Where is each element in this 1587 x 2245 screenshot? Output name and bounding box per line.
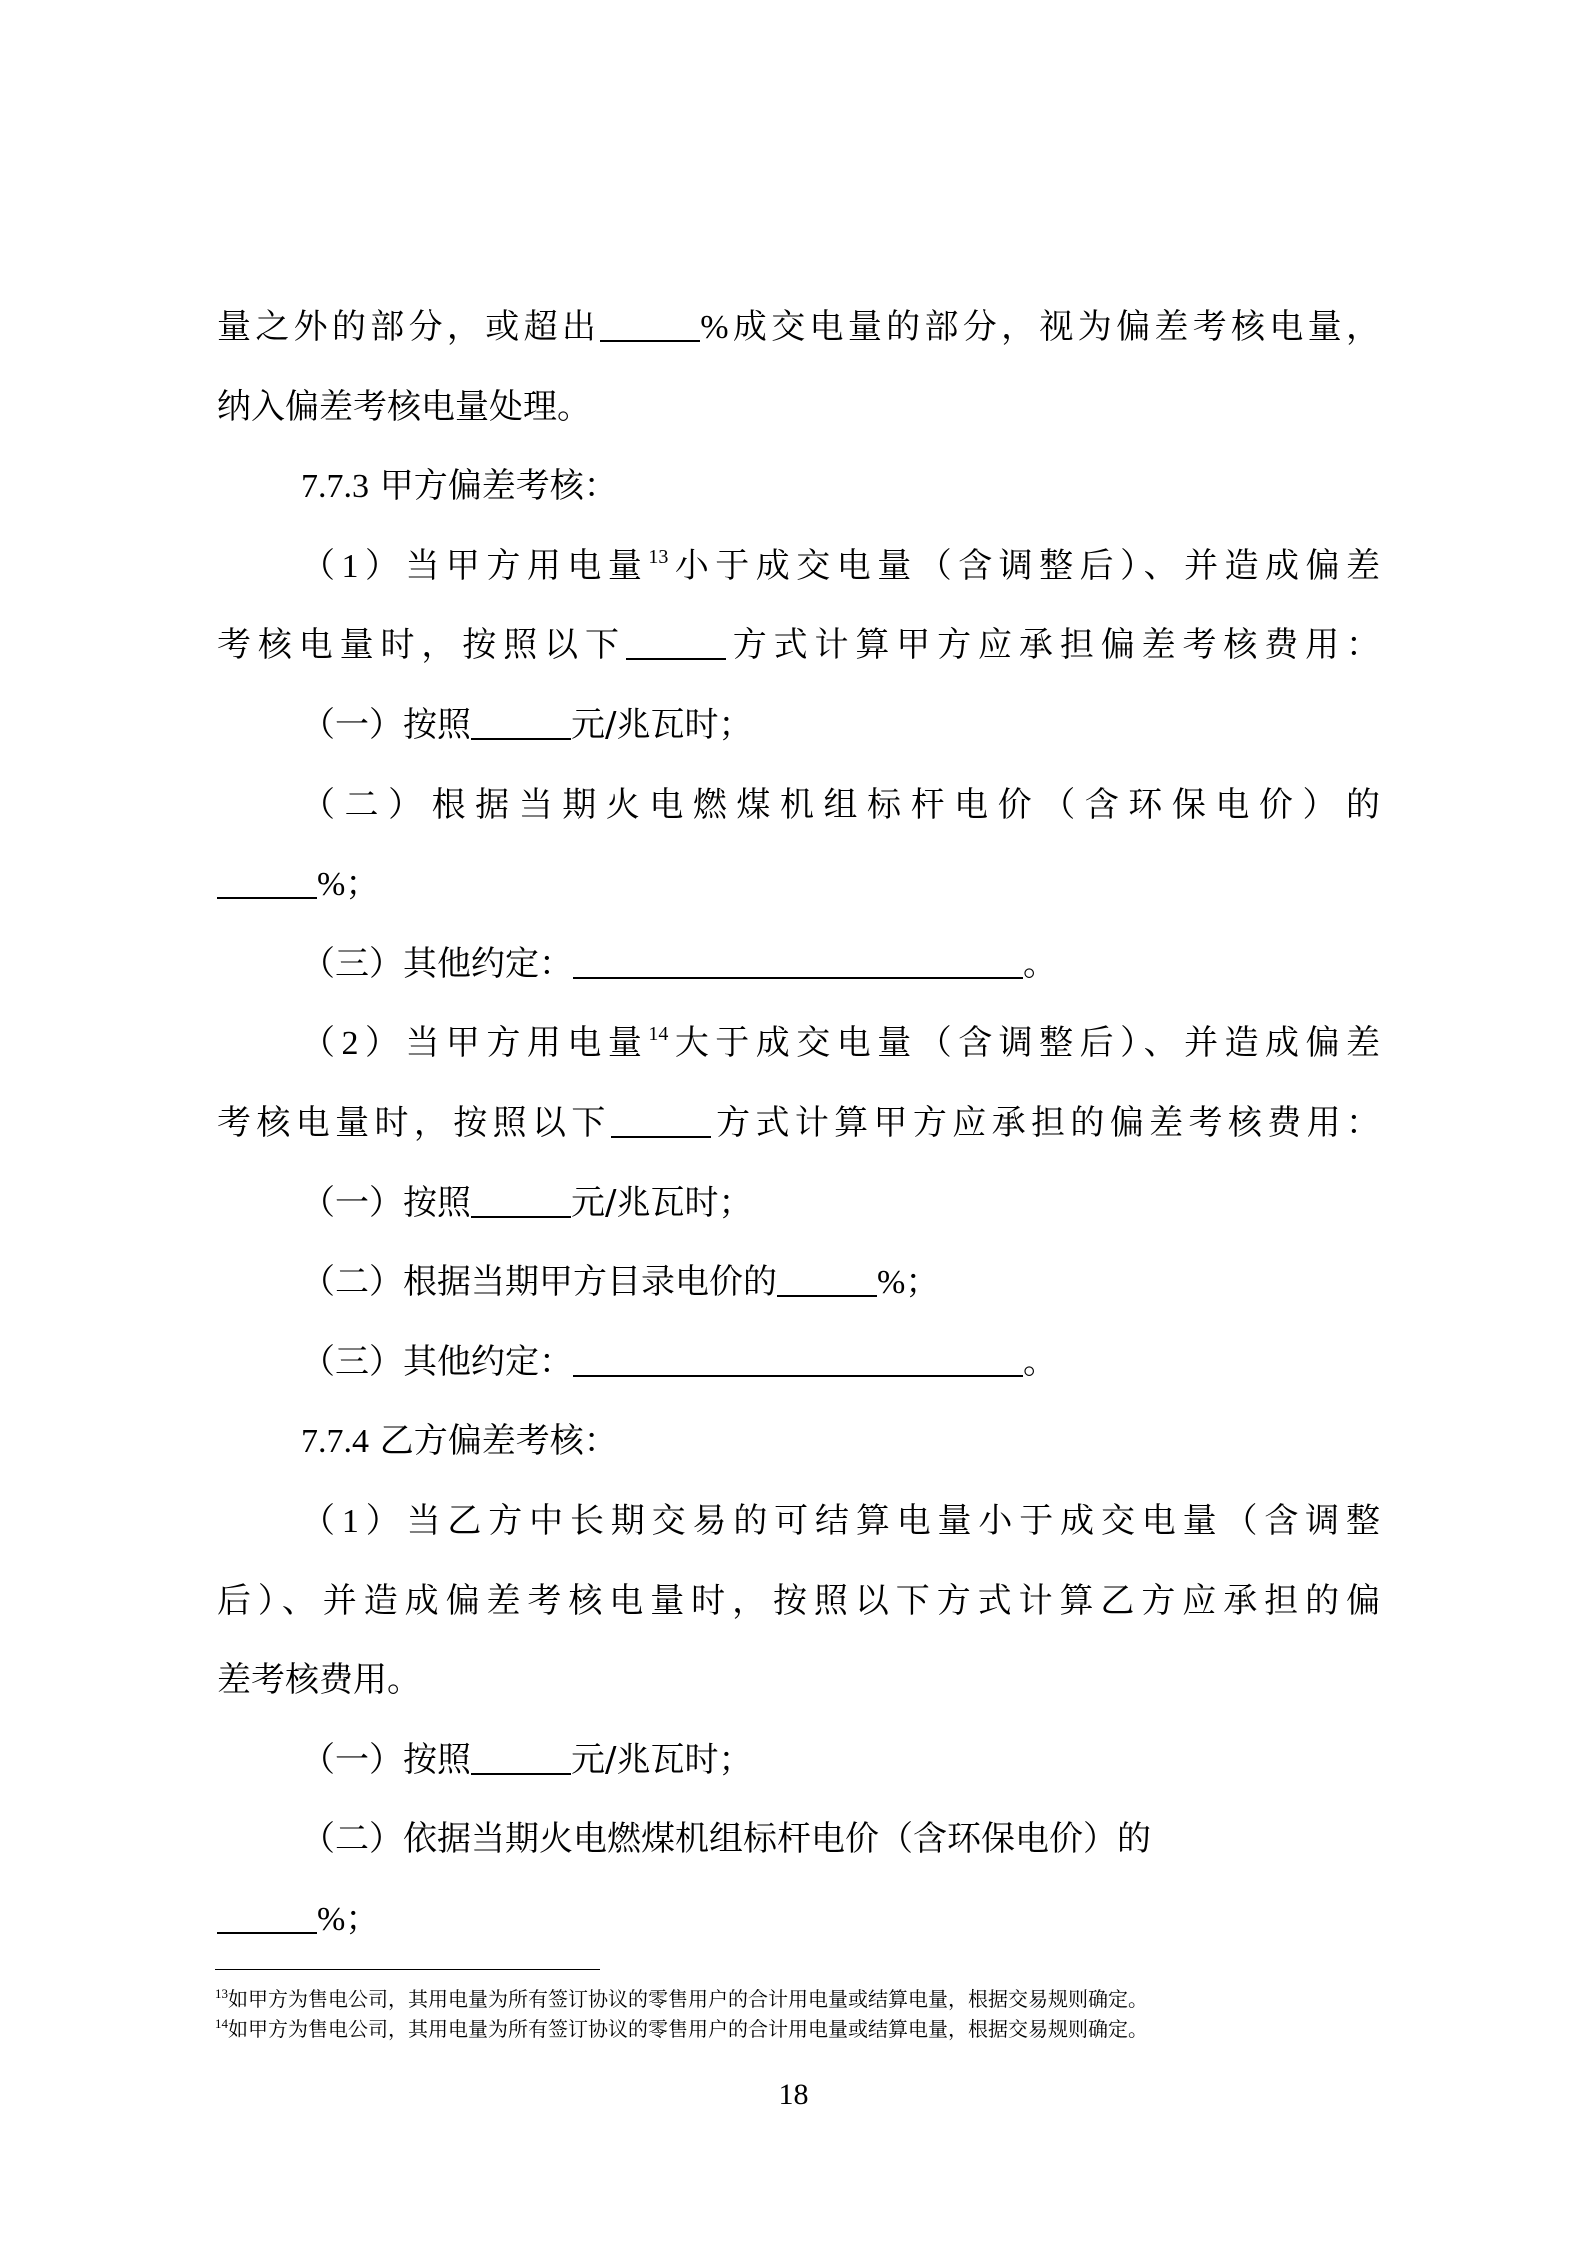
text-segment: 当乙方中长期交易的可结算电量小于成交电量（含调整 <box>407 1501 1380 1541</box>
body-line: 量之外的部分，或超出%成交电量的部分，视为偏差考核电量， <box>217 288 1380 368</box>
footnote-separator <box>215 1969 600 1970</box>
text-segment: 当甲方用电量 <box>405 1023 648 1063</box>
text-segment: 后）、并造成偏差考核电量时，按照以下方式计算乙方应承担的偏 <box>217 1581 1380 1621</box>
text-segment: 元/兆瓦时； <box>571 1740 752 1780</box>
item-number: 1 <box>342 1503 359 1540</box>
text-segment: （一）按照 <box>301 705 471 745</box>
body-line: 考核电量时，按照以下方式计算甲方应承担的偏差考核费用： <box>217 1084 1380 1164</box>
fill-in-blank-percent <box>600 339 700 342</box>
footnote-text: 如甲方为售电公司，其用电量为所有签订协议的零售用户的合计用电量或结算电量，根据交… <box>228 2017 1148 2041</box>
text-segment: 差考核费用。 <box>217 1660 421 1700</box>
footnote-13: 13如甲方为售电公司，其用电量为所有签订协议的零售用户的合计用电量或结算电量，根… <box>215 1984 1375 2014</box>
item-number: 2 <box>341 1025 358 1062</box>
text-segment: （一）按照 <box>301 1183 471 1223</box>
footnote-ref-14[interactable]: 14 <box>648 1023 668 1045</box>
text-segment: 。 <box>1023 1342 1057 1382</box>
text-segment: （三）其他约定： <box>301 1342 573 1382</box>
text-segment: 大于成交电量（含调整后）、并造成偏差 <box>668 1023 1380 1063</box>
footnote-text: 如甲方为售电公司，其用电量为所有签订协议的零售用户的合计用电量或结算电量，根据交… <box>228 1987 1148 2011</box>
document-body: 量之外的部分，或超出%成交电量的部分，视为偏差考核电量， 纳入偏差考核电量处理。… <box>217 288 1380 1959</box>
paren-open: （ <box>301 1023 341 1063</box>
percent-sign: % <box>700 309 728 346</box>
fill-in-blank-percent <box>217 896 317 899</box>
section-number: 7.7.3 <box>301 468 369 505</box>
body-line: 考核电量时，按照以下方式计算甲方应承担偏差考核费用： <box>217 606 1380 686</box>
fill-in-blank-other <box>573 976 1023 979</box>
page-number: 18 <box>0 2078 1587 2112</box>
text-segment: 当甲方用电量 <box>405 546 648 586</box>
body-line: （一）按照元/兆瓦时； <box>217 1164 1380 1244</box>
body-line: （三）其他约定：。 <box>217 925 1380 1005</box>
section-heading-7-7-4: 7.7.4 乙方偏差考核： <box>217 1402 1380 1482</box>
footnote-mark: 14 <box>215 2016 228 2031</box>
text-segment: （二）根据当期火电燃煤机组标杆电价（含环保电价）的 <box>301 785 1380 825</box>
body-line: （二）根据当期甲方目录电价的%； <box>217 1243 1380 1323</box>
text-segment: （一）按照 <box>301 1740 471 1780</box>
footnote-mark: 13 <box>215 1986 228 2001</box>
body-line: （二）依据当期火电燃煤机组标杆电价（含环保电价）的 <box>217 1800 1380 1880</box>
section-number: 7.7.4 <box>301 1423 369 1460</box>
text-segment: %； <box>317 1901 379 1938</box>
text-segment: 量之外的部分，或超出 <box>217 307 600 347</box>
text-segment: 考核电量时，按照以下 <box>217 625 626 665</box>
fill-in-blank-other <box>573 1374 1023 1377</box>
body-line: （2）当甲方用电量14大于成交电量（含调整后）、并造成偏差 <box>217 1004 1380 1084</box>
text-segment: 方式计算甲方应承担偏差考核费用： <box>726 625 1380 665</box>
body-line: 差考核费用。 <box>217 1641 1380 1721</box>
text-segment: （三）其他约定： <box>301 944 573 984</box>
body-line: （1）当乙方中长期交易的可结算电量小于成交电量（含调整 <box>217 1482 1380 1562</box>
fill-in-blank-price <box>471 737 571 740</box>
footnote-ref-13[interactable]: 13 <box>648 546 668 568</box>
text-segment: 。 <box>1023 944 1057 984</box>
fill-in-blank-price <box>471 1215 571 1218</box>
section-title: 甲方偏差考核： <box>369 466 618 506</box>
paren-open: （ <box>301 546 341 586</box>
text-segment: 元/兆瓦时； <box>571 1183 752 1223</box>
text-segment: 方式计算甲方应承担的偏差考核费用： <box>711 1103 1380 1143</box>
body-line: （三）其他约定：。 <box>217 1323 1380 1403</box>
paren-close: ） <box>358 546 405 586</box>
text-segment: 元/兆瓦时； <box>571 705 752 745</box>
paren-close: ） <box>359 1501 407 1541</box>
text-segment: （二）依据当期火电燃煤机组标杆电价（含环保电价）的 <box>301 1819 1151 1859</box>
fill-in-blank-method <box>626 657 726 660</box>
fill-in-blank-method <box>611 1135 711 1138</box>
text-segment: %； <box>317 866 379 903</box>
body-line: %； <box>217 845 1380 925</box>
item-number: 1 <box>341 548 358 585</box>
footnote-14: 14如甲方为售电公司，其用电量为所有签订协议的零售用户的合计用电量或结算电量，根… <box>215 2014 1375 2044</box>
body-line: （一）按照元/兆瓦时； <box>217 686 1380 766</box>
body-line: （一）按照元/兆瓦时； <box>217 1721 1380 1801</box>
section-title: 乙方偏差考核： <box>369 1421 618 1461</box>
fill-in-blank-percent <box>217 1931 317 1934</box>
text-segment: （二）根据当期甲方目录电价的 <box>301 1262 777 1302</box>
text-segment: 纳入偏差考核电量处理。 <box>217 387 591 427</box>
footnotes: 13如甲方为售电公司，其用电量为所有签订协议的零售用户的合计用电量或结算电量，根… <box>215 1984 1375 2044</box>
fill-in-blank-percent <box>777 1294 877 1297</box>
section-heading-7-7-3: 7.7.3 甲方偏差考核： <box>217 447 1380 527</box>
text-segment: 小于成交电量（含调整后）、并造成偏差 <box>668 546 1380 586</box>
text-segment: 成交电量的部分，视为偏差考核电量， <box>729 307 1380 347</box>
body-line: 后）、并造成偏差考核电量时，按照以下方式计算乙方应承担的偏 <box>217 1562 1380 1642</box>
body-line: （二）根据当期火电燃煤机组标杆电价（含环保电价）的 <box>217 766 1380 846</box>
text-segment: %； <box>877 1264 939 1301</box>
body-line: %； <box>217 1880 1380 1960</box>
body-line: 纳入偏差考核电量处理。 <box>217 368 1380 448</box>
body-line: （1）当甲方用电量13小于成交电量（含调整后）、并造成偏差 <box>217 527 1380 607</box>
text-segment: 考核电量时，按照以下 <box>217 1103 611 1143</box>
paren-close: ） <box>358 1023 405 1063</box>
paren-open: （ <box>301 1501 342 1541</box>
fill-in-blank-price <box>471 1772 571 1775</box>
